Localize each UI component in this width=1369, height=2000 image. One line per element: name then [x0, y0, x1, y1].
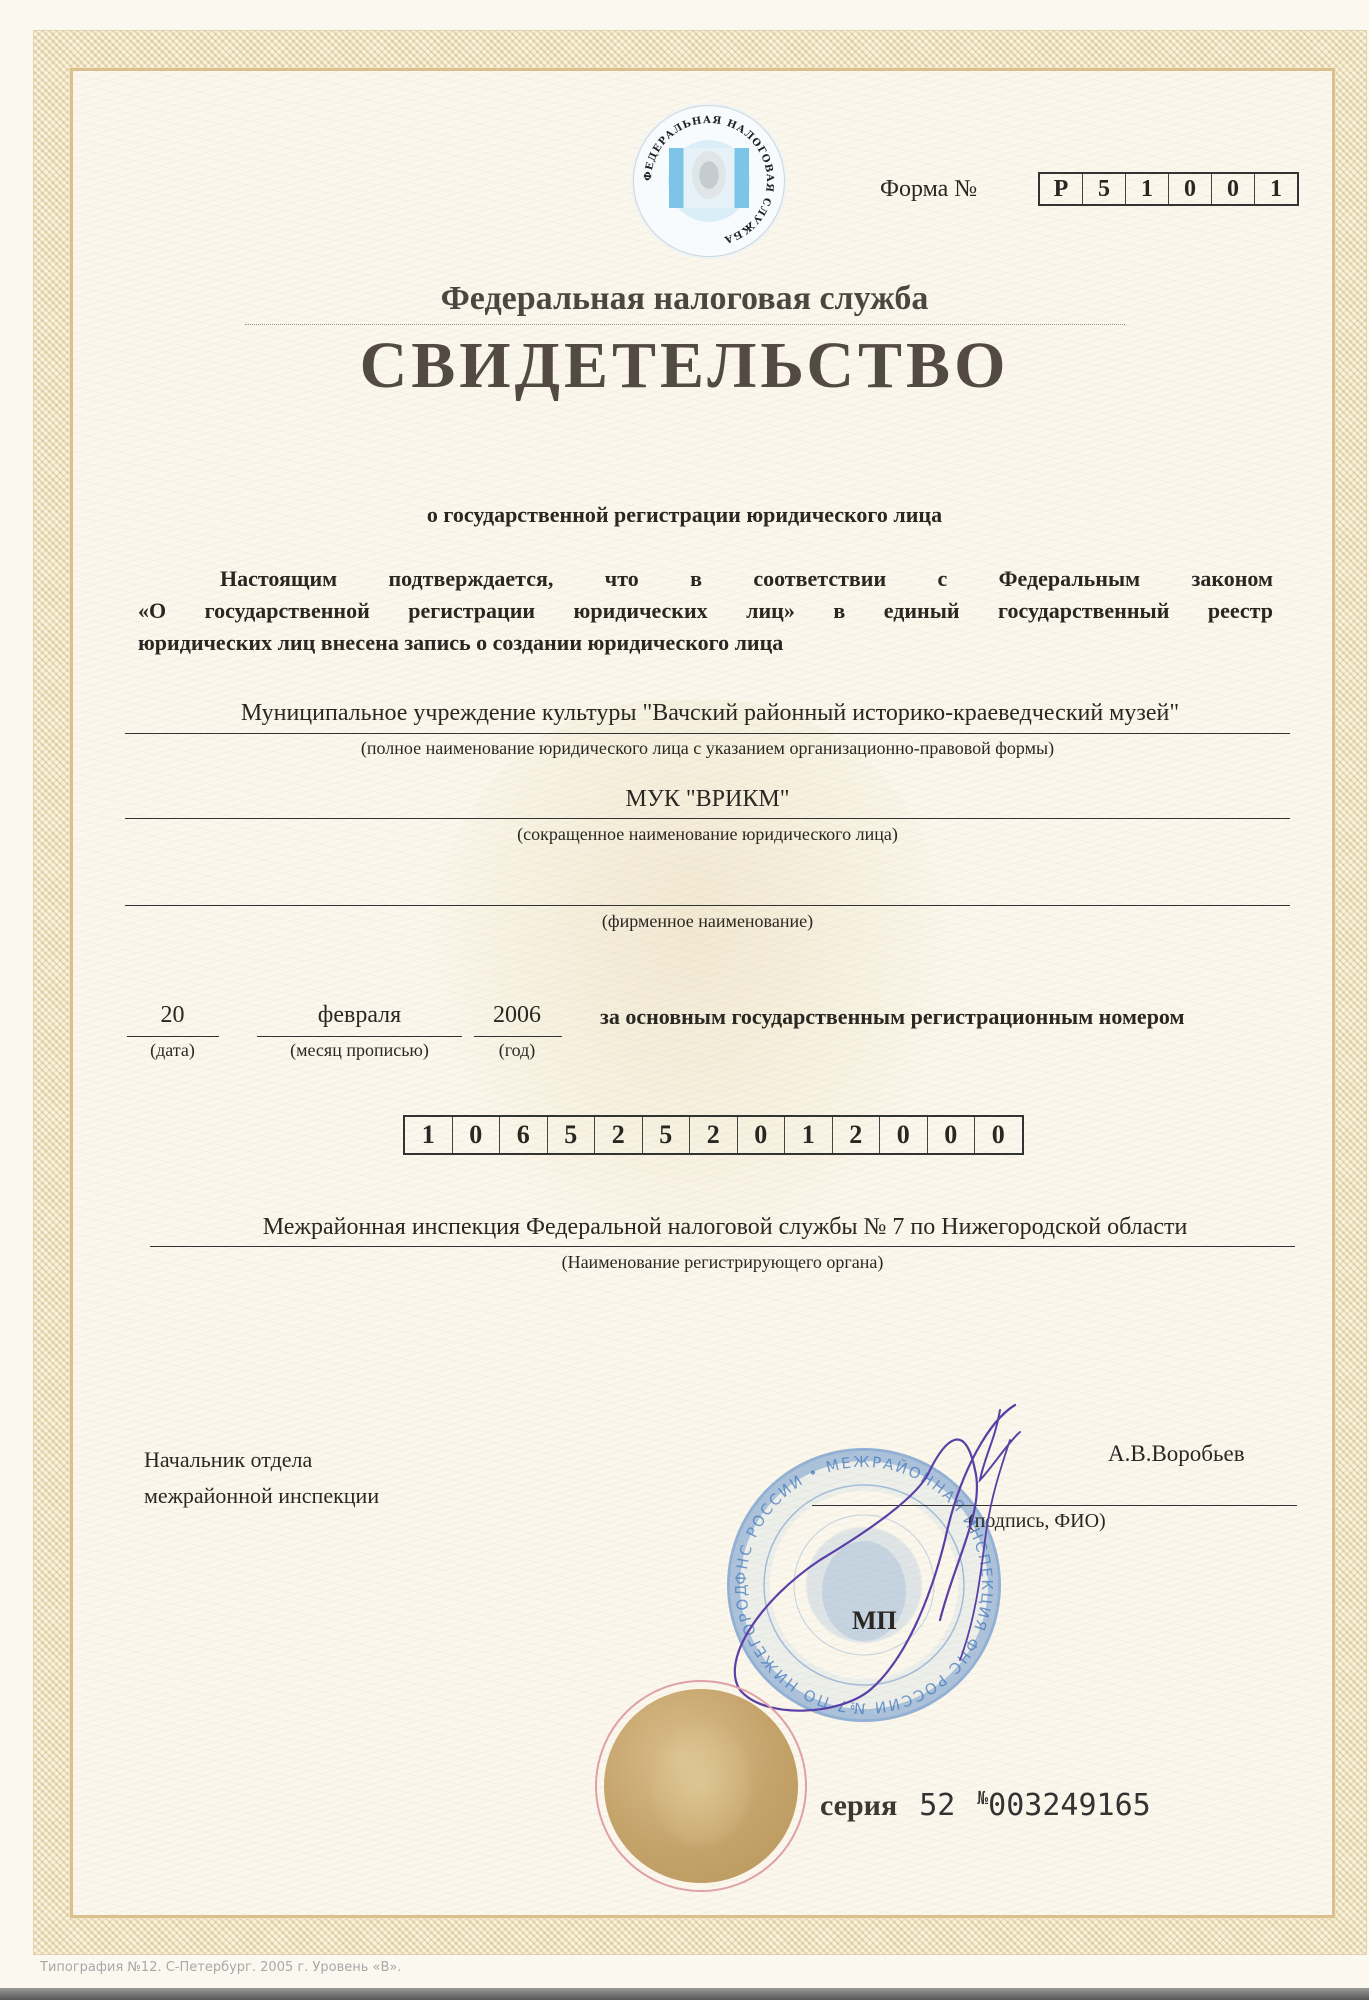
ogrn-digit: 1	[405, 1117, 452, 1153]
series-label: серия	[820, 1789, 897, 1823]
form-code-digit: 1	[1125, 174, 1168, 204]
ogrn-digit: 0	[452, 1117, 500, 1153]
date-year-caption: (год)	[473, 1040, 561, 1061]
ogrn-digit: 0	[974, 1117, 1022, 1153]
ogrn-digit: 5	[642, 1117, 690, 1153]
date-day-underline	[127, 1036, 219, 1037]
paragraph-line: Настоящим подтверждается, что в соответс…	[138, 563, 1273, 595]
certificate-subtitle: о государственной регистрации юридическо…	[0, 502, 1369, 528]
signature-caption: (подпись, ФИО)	[968, 1503, 1106, 1539]
full-name-value: Муниципальное учреждение культуры "Вачск…	[130, 700, 1290, 727]
agency-name: Федеральная налоговая служба	[0, 280, 1369, 318]
full-name-caption: (полное наименование юридического лица с…	[125, 738, 1290, 759]
firm-name-underline	[125, 905, 1290, 906]
blank-number: 003249165	[988, 1788, 1151, 1823]
official-stamp: ФНС РОССИИ • МЕЖРАЙОННАЯ ИНСПЕКЦИЯ ФНС Р…	[727, 1448, 1001, 1722]
divider	[245, 324, 1125, 325]
date-year-underline	[474, 1036, 562, 1037]
ogrn-digit: 1	[784, 1117, 832, 1153]
short-name-underline	[125, 818, 1290, 819]
ogrn-digit: 6	[499, 1117, 547, 1153]
serial-number: серия 52 №003249165	[820, 1788, 1151, 1823]
hologram-emblem-icon: ФЕДЕРАЛЬНАЯ НАЛОГОВАЯ СЛУЖБА	[633, 105, 785, 257]
ogrn-digit: 2	[689, 1117, 737, 1153]
ogrn-digit: 5	[547, 1117, 595, 1153]
paragraph-line: «О государственной регистрации юридическ…	[138, 595, 1273, 627]
certificate-title: СВИДЕТЕЛЬСТВО	[0, 328, 1369, 404]
hologram-text: ФЕДЕРАЛЬНАЯ НАЛОГОВАЯ СЛУЖБА	[643, 115, 775, 245]
ogrn-digit: 0	[737, 1117, 785, 1153]
short-name-caption: (сокращенное наименование юридического л…	[125, 824, 1290, 845]
ogrn-digit: 2	[832, 1117, 880, 1153]
date-day: 20	[125, 1002, 220, 1029]
ogrn-intro-text: за основным государственным регистрацион…	[600, 1004, 1185, 1030]
form-code-digit: 5	[1082, 174, 1125, 204]
signatory-name: А.В.Воробьев	[1108, 1436, 1245, 1472]
gold-seal-icon	[604, 1689, 798, 1883]
embossed-eagle-icon	[649, 1719, 753, 1849]
stamp-place-mark: МП	[852, 1606, 897, 1636]
paragraph-line: юридических лиц внесена запись о создани…	[138, 627, 1273, 659]
firm-name-caption: (фирменное наименование)	[125, 911, 1290, 932]
form-code-boxes: Р51001	[1038, 172, 1299, 206]
position-line: Начальник отдела	[144, 1442, 379, 1478]
registering-body-value: Межрайонная инспекция Федеральной налого…	[155, 1214, 1295, 1241]
eagle-watermark	[430, 700, 950, 1260]
full-name-underline	[125, 733, 1290, 734]
form-code-digit: 1	[1254, 174, 1297, 204]
scan-edge	[0, 1988, 1369, 2000]
position-line: межрайонной инспекции	[144, 1478, 379, 1514]
date-month-caption: (месяц прописью)	[257, 1040, 462, 1061]
date-month: февраля	[257, 1002, 462, 1029]
confirmation-paragraph: Настоящим подтверждается, что в соответс…	[138, 563, 1273, 659]
printer-note: Типография №12. С-Петербург. 2005 г. Уро…	[40, 1960, 402, 1975]
date-day-caption: (дата)	[125, 1040, 220, 1061]
form-code-digit: 0	[1168, 174, 1211, 204]
ogrn-digit: 0	[927, 1117, 975, 1153]
date-year: 2006	[473, 1002, 561, 1029]
ogrn-digit: 0	[879, 1117, 927, 1153]
registering-body-underline	[150, 1246, 1295, 1247]
series-value: 52	[919, 1788, 955, 1823]
number-sign: №	[977, 1788, 988, 1809]
registering-body-caption: (Наименование регистрирующего органа)	[150, 1252, 1295, 1273]
form-label: Форма №	[880, 176, 977, 203]
signatory-position: Начальник отдела межрайонной инспекции	[144, 1442, 379, 1514]
svg-text:ФЕДЕРАЛЬНАЯ НАЛОГОВАЯ СЛУЖБА: ФЕДЕРАЛЬНАЯ НАЛОГОВАЯ СЛУЖБА	[643, 115, 775, 245]
short-name-value: МУК "ВРИКМ"	[125, 786, 1290, 813]
form-code-digit: Р	[1040, 174, 1082, 204]
ogrn-digit: 2	[594, 1117, 642, 1153]
form-code-digit: 0	[1211, 174, 1254, 204]
date-month-underline	[257, 1036, 462, 1037]
ogrn-boxes: 1065252012000	[403, 1115, 1024, 1155]
